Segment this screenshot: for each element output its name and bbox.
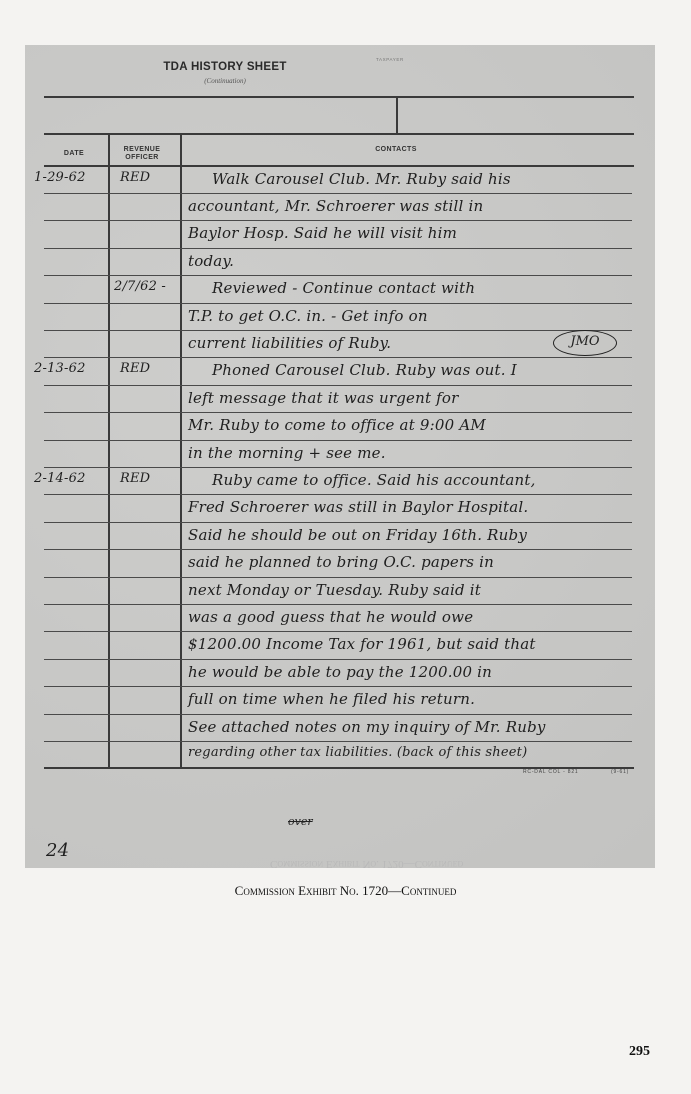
entry-text-line: said he planned to bring O.C. papers in xyxy=(188,553,494,571)
rule-line xyxy=(44,714,632,715)
rule-line xyxy=(44,330,632,331)
entry-text-line: he would be able to pay the 1200.00 in xyxy=(188,663,492,681)
reviewer-initials-stamp: JMO xyxy=(553,330,617,356)
entry-text-line: Walk Carousel Club. Mr. Ruby said his xyxy=(212,170,511,188)
exhibit-caption: Commission Exhibit No. 1720—Continued xyxy=(0,883,691,899)
rule-line xyxy=(44,248,632,249)
entry-date: 2/7/62 - xyxy=(114,279,166,294)
rule-line xyxy=(44,577,632,578)
rule-line xyxy=(44,659,632,660)
rule-line xyxy=(44,494,632,495)
entry-text-line: T.P. to get O.C. in. - Get info on xyxy=(188,307,428,325)
rule-line xyxy=(44,604,632,605)
entry-text-line: See attached notes on my inquiry of Mr. … xyxy=(188,718,546,736)
rule-line xyxy=(180,134,182,768)
entry-text-line: today. xyxy=(188,252,234,270)
rule-line xyxy=(44,631,632,632)
rule-line xyxy=(44,275,632,276)
rule-line xyxy=(44,220,632,221)
column-header-contacts: CONTACTS xyxy=(186,146,606,154)
entry-revenue-officer: RED xyxy=(120,471,150,486)
entry-text-line: next Monday or Tuesday. Ruby said it xyxy=(188,581,481,599)
entry-text-line: current liabilities of Ruby. xyxy=(188,334,391,352)
bleed-through-caption: Commission Exhibit No. 1720—Continued xyxy=(270,858,463,870)
rule-line xyxy=(44,357,632,358)
entry-text-line: Baylor Hosp. Said he will visit him xyxy=(188,224,457,242)
entry-text-line: Mr. Ruby to come to office at 9:00 AM xyxy=(188,416,486,434)
entry-text-line: Reviewed - Continue contact with xyxy=(212,279,475,297)
entry-text-line: $1200.00 Income Tax for 1961, but said t… xyxy=(188,635,536,653)
entry-date: 2-14-62 xyxy=(34,471,86,486)
entry-text-line: regarding other tax liabilities. (back o… xyxy=(188,745,527,760)
entry-revenue-officer: RED xyxy=(120,170,150,185)
sheet-number: 24 xyxy=(46,840,69,861)
form-subtitle: (Continuation) xyxy=(100,77,350,85)
entry-text-line: accountant, Mr. Schroerer was still in xyxy=(188,197,483,215)
rule-line xyxy=(44,522,632,523)
entry-revenue-officer: RED xyxy=(120,361,150,376)
column-header-date: DATE xyxy=(44,150,104,158)
rule-line xyxy=(44,385,632,386)
rule-line xyxy=(44,440,632,441)
rule-line xyxy=(44,412,632,413)
form-title: TDA HISTORY SHEET xyxy=(100,61,350,73)
rule-line xyxy=(44,741,632,742)
entry-text-line: Ruby came to office. Said his accountant… xyxy=(212,471,536,489)
entry-date: 1-29-62 xyxy=(34,170,86,185)
rule-line xyxy=(44,303,632,304)
rule-line xyxy=(44,467,632,468)
entry-text-line: Fred Schroerer was still in Baylor Hospi… xyxy=(188,498,528,516)
rule-line xyxy=(44,165,634,167)
entry-text-line: full on time when he filed his return. xyxy=(188,690,475,708)
entry-text-line: Phoned Carousel Club. Ruby was out. I xyxy=(212,361,517,379)
form-code-revision: (9-61) xyxy=(611,769,629,775)
rule-line xyxy=(44,133,634,135)
taxpayer-field-label: TAXPAYER xyxy=(376,57,404,62)
struck-out-note: over xyxy=(288,815,313,828)
entry-date: 2-13-62 xyxy=(34,361,86,376)
column-header-revenue-officer: REVENUE OFFICER xyxy=(112,146,172,162)
entry-text-line: was a good guess that he would owe xyxy=(188,608,473,626)
rule-line xyxy=(396,97,398,134)
entry-text-line: left message that it was urgent for xyxy=(188,389,459,407)
rule-line xyxy=(44,96,634,98)
form-code: RC-DAL COL - 821 xyxy=(523,769,579,775)
rule-line xyxy=(44,549,632,550)
entry-text-line: Said he should be out on Friday 16th. Ru… xyxy=(188,526,527,544)
rule-line xyxy=(44,686,632,687)
rule-line xyxy=(44,193,632,194)
rule-line xyxy=(108,134,110,768)
entry-text-line: in the morning + see me. xyxy=(188,444,386,462)
page-number: 295 xyxy=(629,1044,650,1060)
